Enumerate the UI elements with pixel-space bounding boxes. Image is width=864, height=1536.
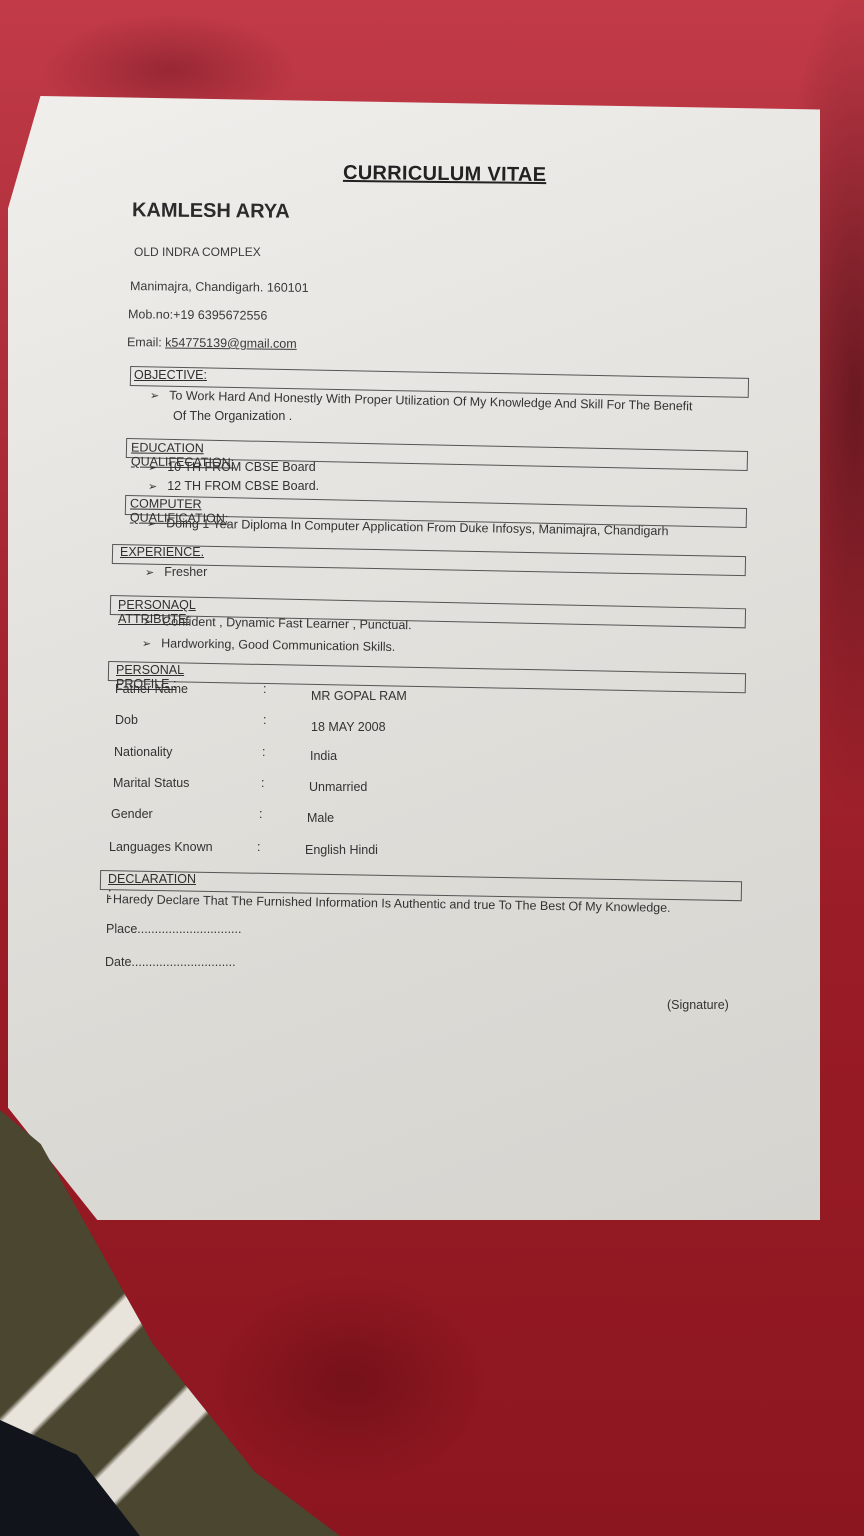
place-field: Place.............................. — [106, 922, 241, 936]
bullet-arrow-icon: ➢ — [148, 462, 157, 474]
applicant-name: KAMLESH ARYA — [132, 199, 290, 223]
bullet-arrow-icon: ➢ — [148, 481, 157, 493]
bullet-arrow-icon: ➢ — [142, 638, 151, 650]
education-item: ➢12 TH FROM CBSE Board. — [148, 479, 319, 493]
bullet-arrow-icon: ➢ — [145, 567, 154, 579]
cv-paper-sheet — [8, 96, 820, 1220]
mobile-number: Mob.no:+19 6395672556 — [128, 307, 268, 322]
document-title: CURRICULUM VITAE — [343, 162, 547, 187]
experience-item: ➢Fresher — [145, 565, 207, 579]
bullet-arrow-icon: ➢ — [143, 616, 152, 628]
signature-label: (Signature) — [667, 998, 729, 1012]
bullet-arrow-icon: ➢ — [147, 518, 156, 530]
education-item: ➢10 TH FROM CBSE Board — [148, 460, 316, 474]
address-line-1: OLD INDRA COMPLEX — [134, 245, 261, 259]
email-label: Email: — [127, 335, 165, 349]
bullet-arrow-icon: ➢ — [150, 390, 159, 402]
date-field: Date.............................. — [105, 955, 236, 969]
experience-heading: EXPERIENCE. — [120, 545, 204, 559]
objective-item-continued: Of The Organization . — [173, 409, 292, 423]
email-row: Email: k54775139@gmail.com — [127, 335, 297, 351]
address-line-2: Manimajra, Chandigarh. 160101 — [130, 279, 309, 295]
objective-heading: OBJECTIVE: — [134, 368, 207, 382]
email-link[interactable]: k54775139@gmail.com — [165, 336, 297, 351]
